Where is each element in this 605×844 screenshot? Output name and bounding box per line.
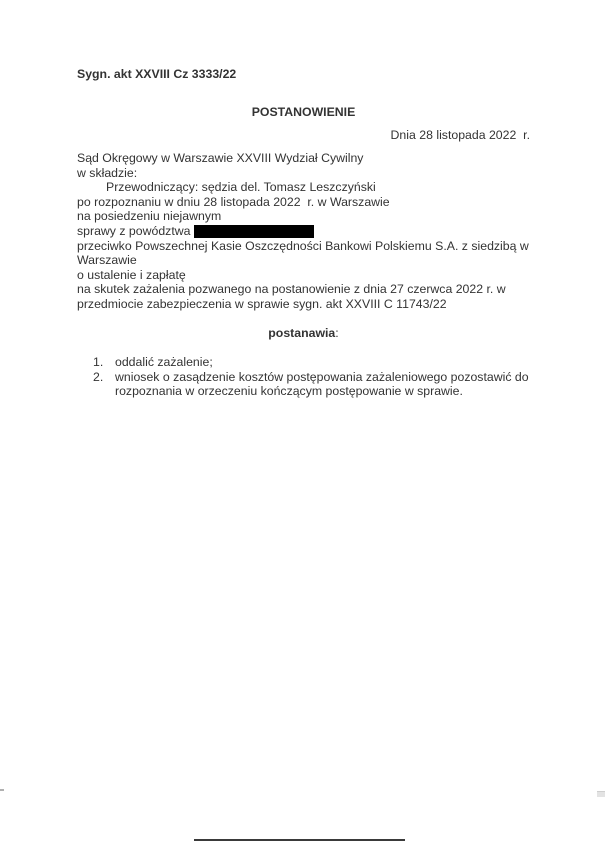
left-edge-artifact [0,789,4,791]
ruling-item-1-number: 1. [93,355,115,370]
body-line-defendant-city: Warszawie [77,253,547,268]
body-line-appeal-2: przedmiocie zabezpieczenia w sprawie syg… [77,297,547,312]
case-number: Sygn. akt XXVIII Cz 3333/22 [77,67,236,82]
ruling-item-1-text: oddalić zażalenie; [115,355,538,370]
ruling-list: 1. oddalić zażalenie; 2. wniosek o zasąd… [93,355,538,399]
body-line-presiding-judge: Przewodniczący: sędzia del. Tomasz Leszc… [77,180,547,195]
body-line-plaintiff: sprawy z powództwa [77,224,547,239]
ruling-item-2-text-line-2: rozpoznania w orzeczeniu kończącym postę… [115,384,538,399]
ruling-heading: postanawia: [77,326,530,341]
right-edge-artifact [597,791,605,797]
redacted-plaintiff-name [194,225,314,238]
signature-rule [194,839,405,841]
body-line-hearing-date: po rozpoznaniu w dniu 28 listopada 2022 … [77,195,547,210]
court-order-page: Sygn. akt XXVIII Cz 3333/22 POSTANOWIENI… [0,0,605,844]
body-line-defendant: przeciwko Powszechnej Kasie Oszczędności… [77,239,547,254]
body-line-court: Sąd Okręgowy w Warszawie XXVIII Wydział … [77,151,547,166]
ruling-item-1: 1. oddalić zażalenie; [93,355,538,370]
document-body: Sąd Okręgowy w Warszawie XXVIII Wydział … [77,151,547,312]
plaintiff-label: sprawy z powództwa [77,224,194,238]
document-title: POSTANOWIENIE [77,105,530,120]
ruling-item-2-number: 2. [93,370,115,385]
ruling-heading-colon: : [335,326,338,340]
body-line-closed-session: na posiedzeniu niejawnym [77,209,547,224]
ruling-item-2-text-line-1: wniosek o zasądzenie kosztów postępowani… [115,370,538,385]
ruling-item-2: 2. wniosek o zasądzenie kosztów postępow… [93,370,538,399]
body-line-composition: w składzie: [77,166,547,181]
ruling-heading-word: postanawia [268,326,335,340]
body-line-appeal-1: na skutek zażalenia pozwanego na postano… [77,282,547,297]
date-line: Dnia 28 listopada 2022 r. [77,128,530,143]
body-line-claim-subject: o ustalenie i zapłatę [77,268,547,283]
